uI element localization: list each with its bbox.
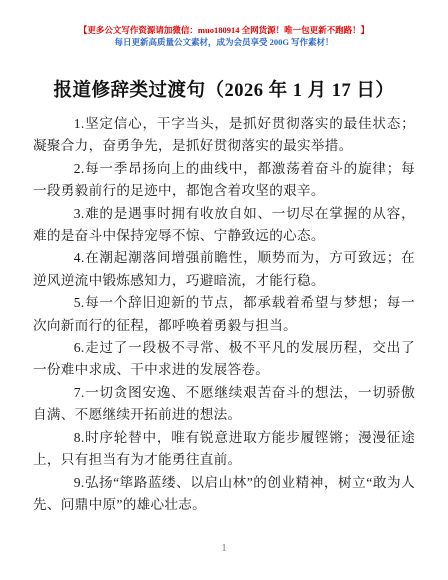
page-number: 1 [222,543,227,554]
promo-line-red: 【更多公文写作资源请加微信：muo180914 全网货源！唯一包更新不跑路！】 [33,24,415,36]
promo-header: 【更多公文写作资源请加微信：muo180914 全网货源！唯一包更新不跑路！】 … [33,24,415,48]
body-paragraph: 1.坚定信心，干字当头，是抓好贯彻落实的最佳状态；凝聚合力，奋勇争先，是抓好贯彻… [33,113,415,158]
body-paragraph: 9.弘扬“筚路蓝缕、以启山林”的创业精神，树立“敢为人先、问鼎中原”的雄心壮志。 [33,472,415,517]
body-paragraph: 6.走过了一段极不寻常、极不平凡的发展历程，交出了一份难中求成、干中求进的发展答… [33,337,415,382]
body-paragraph: 2.每一季昂扬向上的曲线中，都激荡着奋斗的旋律；每一段勇毅前行的足迹中，都饱含着… [33,158,415,203]
body-paragraph: 5.每一个辞旧迎新的节点，都承载着希望与梦想；每一次向新而行的征程，都呼唤着勇毅… [33,292,415,337]
promo-line-blue: 每日更新高质量公文素材，成为会员享受 200G 写作素材！ [33,36,415,48]
body-paragraph: 8.时序轮替中，唯有锐意进取方能步履铿锵；漫漫征途上，只有担当有为才能勇往直前。 [33,427,415,472]
page-title: 报道修辞类过渡句（2026 年 1 月 17 日） [33,78,415,104]
body-paragraph: 4.在潮起潮落间增强前瞻性，顺势而为，方可致远；在逆风逆流中锻炼感知力，巧避暗流… [33,247,415,292]
document-body: 1.坚定信心，干字当头，是抓好贯彻落实的最佳状态；凝聚合力，奋勇争先，是抓好贯彻… [33,113,415,516]
body-paragraph: 7.一切贪图安逸、不愿继续艰苦奋斗的想法，一切骄傲自满、不愿继续开拓前进的想法。 [33,382,415,427]
page-footer: 1 [0,538,448,556]
body-paragraph: 3.难的是遇事时拥有收放自如、一切尽在掌握的从容，难的是奋斗中保持宠辱不惊、宁静… [33,203,415,248]
document-page: 【更多公文写作资源请加微信：muo180914 全网货源！唯一包更新不跑路！】 … [0,0,448,580]
